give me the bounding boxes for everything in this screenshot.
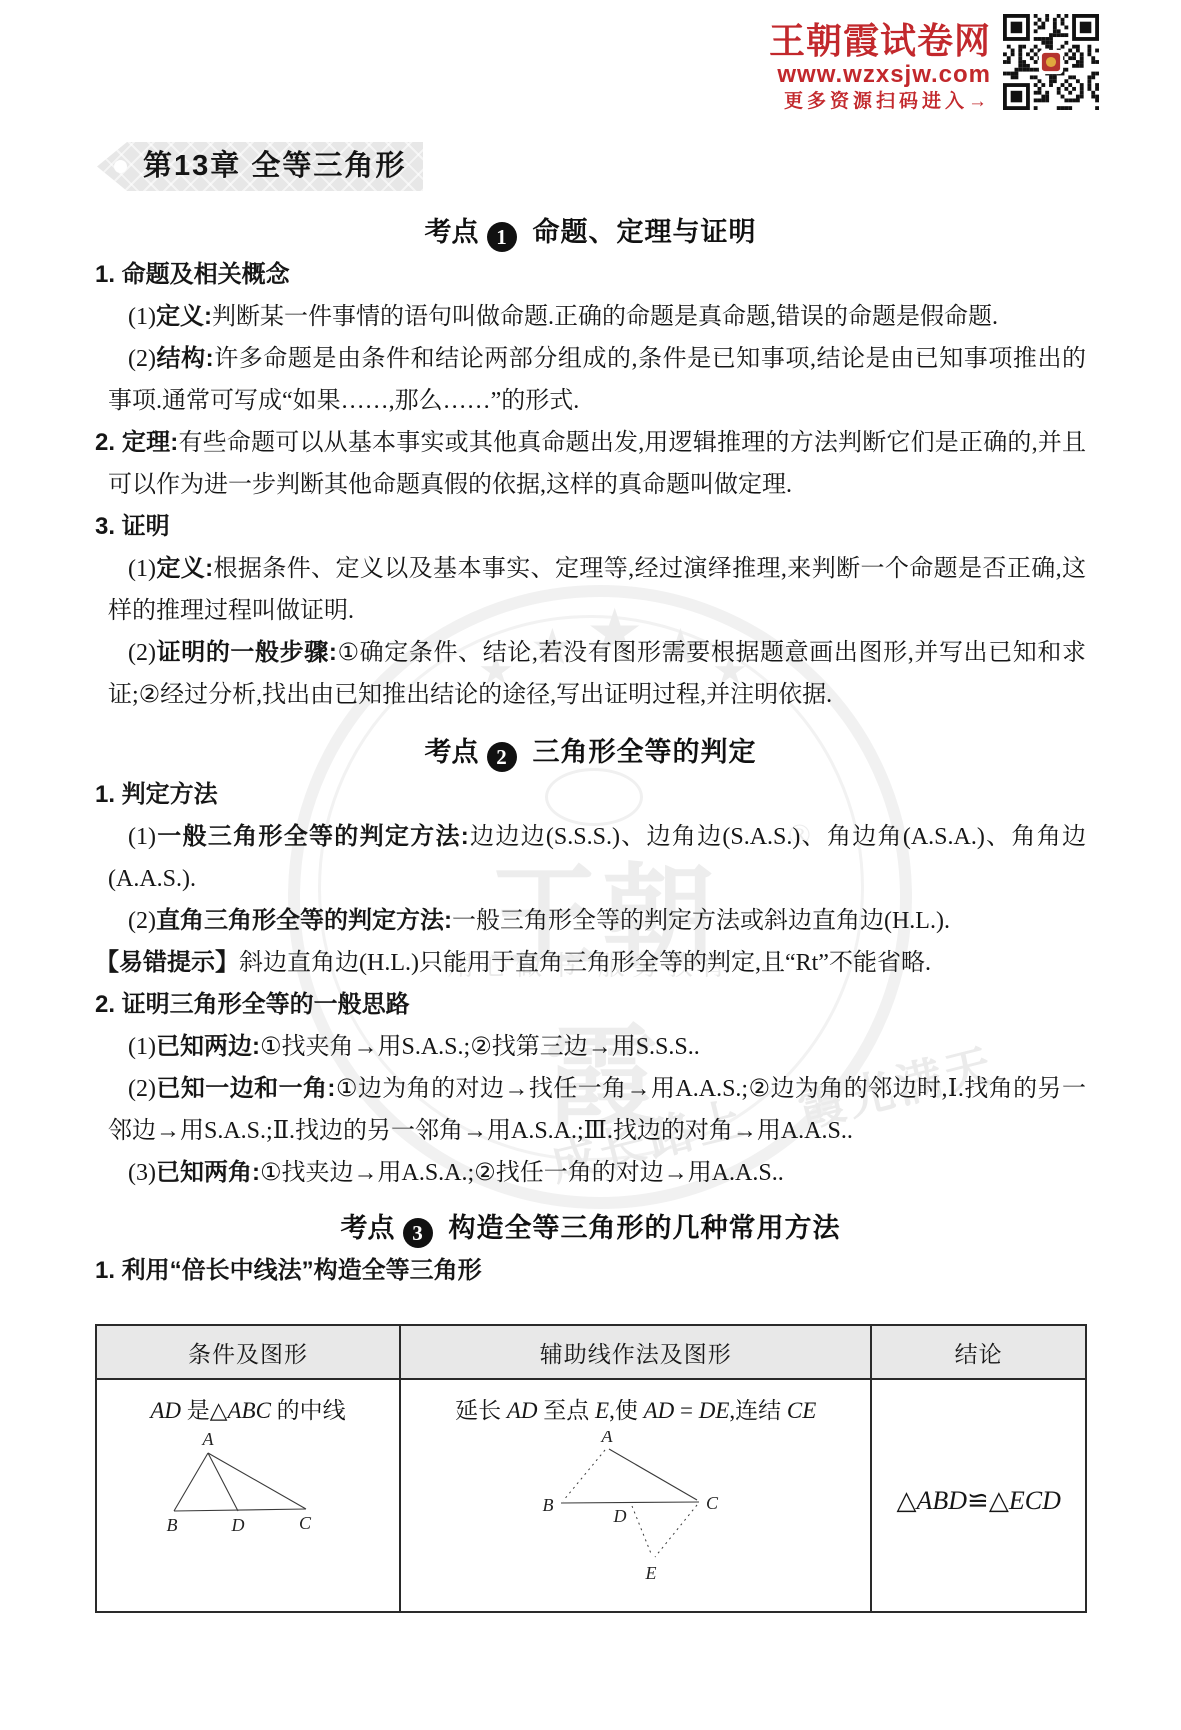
- body-paragraph: (1)一般三角形全等的判定方法:边边边(S.S.S.)、边角边(S.A.S.)、…: [95, 816, 1086, 900]
- badge-number-3: 3: [403, 1218, 433, 1248]
- body-paragraph: (2)已知一边和一角:①边为角的对边→找任一角→用A.A.S.;②边为角的邻边时…: [95, 1068, 1086, 1152]
- body-paragraph: (1)定义:根据条件、定义以及基本事实、定理等,经过演绎推理,来判断一个命题是否…: [95, 548, 1086, 632]
- body-paragraph: (1)定义:判断某一件事情的语句叫做命题.正确的命题是真命题,错误的命题是假命题…: [95, 296, 1086, 338]
- vertex-label: A: [202, 1431, 215, 1449]
- table-header-construction: 辅助线作法及图形: [400, 1325, 871, 1379]
- conclusion-cell: △ABD≌△ECD: [871, 1379, 1086, 1612]
- badge-number-2: 2: [487, 742, 517, 772]
- chapter-banner: 第13章 全等三角形: [97, 142, 423, 191]
- kaodian-label: 考点: [425, 217, 479, 247]
- page-content: 考点1命题、定理与证明 1. 命题及相关概念 (1)定义:判断某一件事情的语句叫…: [95, 210, 1086, 1613]
- qr-code: [1003, 14, 1099, 110]
- section-title-1: 命题、定理与证明: [533, 217, 757, 247]
- vertex-label: C: [299, 1513, 312, 1533]
- kaodian-label: 考点: [341, 1213, 395, 1243]
- table-header-row: 条件及图形 辅助线作法及图形 结论: [96, 1325, 1086, 1379]
- body-paragraph: (3)已知两角:①找夹边→用A.S.A.;②找任一角的对边→用A.A.S..: [95, 1152, 1086, 1194]
- qr-caption: 更多资源扫码进入→: [769, 90, 991, 114]
- brand-block: 王朝霞试卷网 www.wzxsjw.com 更多资源扫码进入→: [769, 14, 991, 114]
- vertex-label: E: [644, 1563, 656, 1583]
- conclusion-text: △ABD≌△ECD: [873, 1486, 1084, 1516]
- section-title-2: 三角形全等的判定: [533, 737, 757, 767]
- badge-number-1: 1: [487, 222, 517, 252]
- body-paragraph: 1. 判定方法: [95, 774, 1086, 816]
- kaodian-label: 考点: [425, 737, 479, 767]
- vertex-label: D: [612, 1506, 626, 1526]
- condition-text: AD 是△ABC 的中线: [98, 1392, 398, 1425]
- vertex-label: B: [167, 1515, 178, 1535]
- construction-cell: 延长 AD 至点 E,使 AD = DE,连结 CE A B D C E: [400, 1379, 871, 1612]
- site-url: www.wzxsjw.com: [769, 61, 991, 88]
- figure-extended-median: A B D C E: [531, 1431, 741, 1583]
- body-paragraph: 1. 命题及相关概念: [95, 254, 1086, 296]
- body-paragraph: 2. 证明三角形全等的一般思路: [95, 984, 1086, 1026]
- section-heading-3: 考点3构造全等三角形的几种常用方法: [95, 1206, 1086, 1250]
- body-paragraph: (2)直角三角形全等的判定方法:一般三角形全等的判定方法或斜边直角边(H.L.)…: [95, 900, 1086, 942]
- vertex-label: C: [706, 1493, 719, 1513]
- table-header-condition: 条件及图形: [96, 1325, 400, 1379]
- body-paragraph: 1. 利用“倍长中线法”构造全等三角形: [95, 1250, 1086, 1292]
- body-paragraph: 3. 证明: [95, 506, 1086, 548]
- construction-text: 延长 AD 至点 E,使 AD = DE,连结 CE: [402, 1392, 869, 1425]
- table-row: AD 是△ABC 的中线 A B D C 延长: [96, 1379, 1086, 1612]
- vertex-label: A: [600, 1431, 613, 1446]
- section-heading-1: 考点1命题、定理与证明: [95, 210, 1086, 254]
- table-header-conclusion: 结论: [871, 1325, 1086, 1379]
- section-heading-2: 考点2三角形全等的判定: [95, 730, 1086, 774]
- figure-median-triangle: A B D C: [148, 1431, 348, 1536]
- error-tip-paragraph: 【易错提示】斜边直角边(H.L.)只能用于直角三角形全等的判定,且“Rt”不能省…: [95, 942, 1086, 984]
- vertex-label: D: [231, 1515, 245, 1535]
- vertex-label: B: [542, 1495, 553, 1515]
- section-title-3: 构造全等三角形的几种常用方法: [449, 1213, 841, 1243]
- body-paragraph: (2)证明的一般步骤:①确定条件、结论,若没有图形需要根据题意画出图形,并写出已…: [95, 632, 1086, 716]
- condition-cell: AD 是△ABC 的中线 A B D C: [96, 1379, 400, 1612]
- body-paragraph: (2)结构:许多命题是由条件和结论两部分组成的,条件是已知事项,结论是由已知事项…: [95, 338, 1086, 422]
- site-logo-text: 王朝霞试卷网: [769, 22, 991, 60]
- body-paragraph: (1)已知两边:①找夹角→用S.A.S.;②找第三边→用S.S.S..: [95, 1026, 1086, 1068]
- chapter-title: 第13章 全等三角形: [97, 142, 423, 191]
- site-header: 王朝霞试卷网 www.wzxsjw.com 更多资源扫码进入→: [769, 14, 1099, 114]
- body-paragraph: 2. 定理:有些命题可以从基本事实或其他真命题出发,用逻辑推理的方法判断它们是正…: [95, 422, 1086, 506]
- banner-dot-icon: [114, 160, 127, 173]
- construction-methods-table: 条件及图形 辅助线作法及图形 结论 AD 是△ABC 的中线 A: [95, 1324, 1087, 1613]
